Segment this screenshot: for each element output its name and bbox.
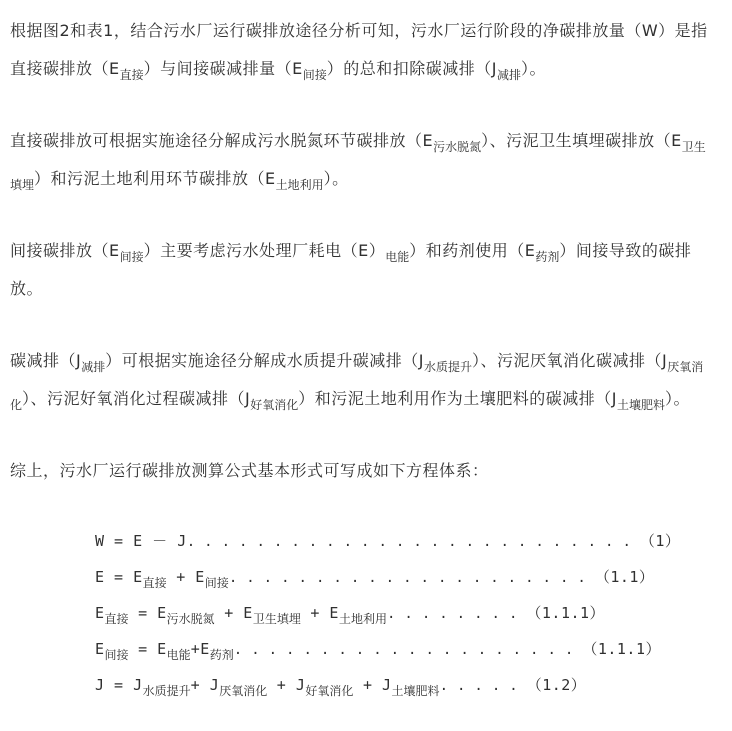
text-run: = E [129, 640, 167, 658]
subscript: 污水脱氮 [167, 612, 215, 626]
subscript: 电能 [385, 250, 409, 264]
equation-1: W = E － J..........................（1） [95, 524, 716, 560]
text-run: ）和污泥土地利用作为土壤肥料的碳减排（J [298, 389, 617, 408]
text-run: + J [353, 676, 391, 694]
paragraph-carbon-reduction-breakdown: 碳减排（J减排）可根据实施途径分解成水质提升碳减排（J水质提升）、污泥厌氧消化碳… [10, 342, 716, 418]
subscript: 水质提升 [143, 684, 191, 698]
subscript: 卫生填埋 [253, 612, 301, 626]
text-run: ）的总和扣除碳减排（J [327, 59, 497, 78]
text-run: ）。 [324, 169, 349, 188]
subscript: 厌氧消化 [219, 684, 267, 698]
text-run: ）。 [665, 389, 690, 408]
dot-leader: .................... [234, 642, 583, 658]
text-run: ）和污泥土地利用环节碳排放（E [34, 169, 276, 188]
paragraph-direct-emission-breakdown: 直接碳排放可根据实施途径分解成污水脱氮环节碳排放（E污水脱氮）、污泥卫生填埋碳排… [10, 122, 716, 198]
text-run: 碳减排（J [10, 351, 81, 370]
equation-1-1-1-indirect: E间接 = E电能+E药剂....................（1.1.1） [95, 632, 716, 668]
text-run: 间接碳排放（E [10, 241, 120, 260]
text-run: ）、污泥好氧消化过程碳减排（J [22, 389, 250, 408]
equation-1-1: E = E直接 + E间接.....................（1.1） [95, 560, 716, 596]
dot-leader: .......................... [187, 534, 640, 550]
text-run: ）主要考虑污水处理厂耗电（E） [144, 241, 386, 260]
dot-leader: ..................... [229, 570, 595, 586]
text-run: ）可根据实施途径分解成水质提升碳减排（J [105, 351, 424, 370]
equation-block: W = E － J..........................（1） E… [95, 524, 716, 704]
text-run: （1.1.1） [526, 604, 605, 622]
subscript: 土地利用 [276, 178, 324, 192]
text-run: = E [129, 604, 167, 622]
subscript: 减排 [81, 360, 105, 374]
text-run: ）、污泥卫生填埋碳排放（E [481, 131, 682, 150]
subscript: 土地利用 [339, 612, 387, 626]
text-run: J = J [95, 676, 143, 694]
text-run: E = E [95, 568, 143, 586]
text-run: ）、污泥厌氧消化碳减排（J [472, 351, 667, 370]
subscript: 间接 [303, 68, 327, 82]
text-run: E [95, 604, 105, 622]
paragraph-equation-intro: 综上，污水厂运行碳排放测算公式基本形式可写成如下方程体系： [10, 452, 716, 490]
text-run: ）与间接碳减排量（E [144, 59, 303, 78]
text-run: + J [191, 676, 220, 694]
text-run: ）和药剂使用（E [409, 241, 535, 260]
text-run: （1.1） [595, 568, 655, 586]
text-run: W = E － J [95, 532, 187, 550]
text-run: （1） [640, 532, 681, 550]
subscript: 好氧消化 [305, 684, 353, 698]
subscript: 土壤肥料 [392, 684, 440, 698]
text-run: 直接碳排放可根据实施途径分解成污水脱氮环节碳排放（E [10, 131, 433, 150]
subscript: 药剂 [535, 250, 559, 264]
subscript: 间接 [120, 250, 144, 264]
text-run: + E [167, 568, 205, 586]
subscript: 直接 [143, 576, 167, 590]
subscript: 污水脱氮 [433, 140, 481, 154]
subscript: 电能 [167, 648, 191, 662]
text-run: E [95, 640, 105, 658]
subscript: 间接 [105, 648, 129, 662]
subscript: 水质提升 [424, 360, 472, 374]
subscript: 好氧消化 [250, 398, 298, 412]
paragraph-net-emission-definition: 根据图2和表1，结合污水厂运行碳排放途径分析可知，污水厂运行阶段的净碳排放量（W… [10, 12, 716, 88]
subscript: 间接 [205, 576, 229, 590]
subscript: 土壤肥料 [617, 398, 665, 412]
text-run: +E [191, 640, 210, 658]
subscript: 直接 [105, 612, 129, 626]
text-run: + E [301, 604, 339, 622]
equation-1-1-1-direct: E直接 = E污水脱氮 + E卫生填埋 + E土地利用........（1.1.… [95, 596, 716, 632]
text-run: + J [267, 676, 305, 694]
dot-leader: ........ [387, 606, 526, 622]
text-run: 综上，污水厂运行碳排放测算公式基本形式可写成如下方程体系： [10, 461, 489, 480]
text-run: （1.2） [527, 676, 587, 694]
subscript: 直接 [120, 68, 144, 82]
paragraph-indirect-emission-breakdown: 间接碳排放（E间接）主要考虑污水处理厂耗电（E）电能）和药剂使用（E药剂）间接导… [10, 232, 716, 308]
subscript: 药剂 [210, 648, 234, 662]
text-run: + E [215, 604, 253, 622]
document-body: 根据图2和表1，结合污水厂运行碳排放途径分析可知，污水厂运行阶段的净碳排放量（W… [10, 12, 716, 704]
text-run: ）。 [521, 59, 546, 78]
subscript: 减排 [497, 68, 521, 82]
equation-1-2: J = J水质提升+ J厌氧消化 + J好氧消化 + J土壤肥料.....（1.… [95, 668, 716, 704]
dot-leader: ..... [440, 678, 527, 694]
text-run: （1.1.1） [582, 640, 661, 658]
